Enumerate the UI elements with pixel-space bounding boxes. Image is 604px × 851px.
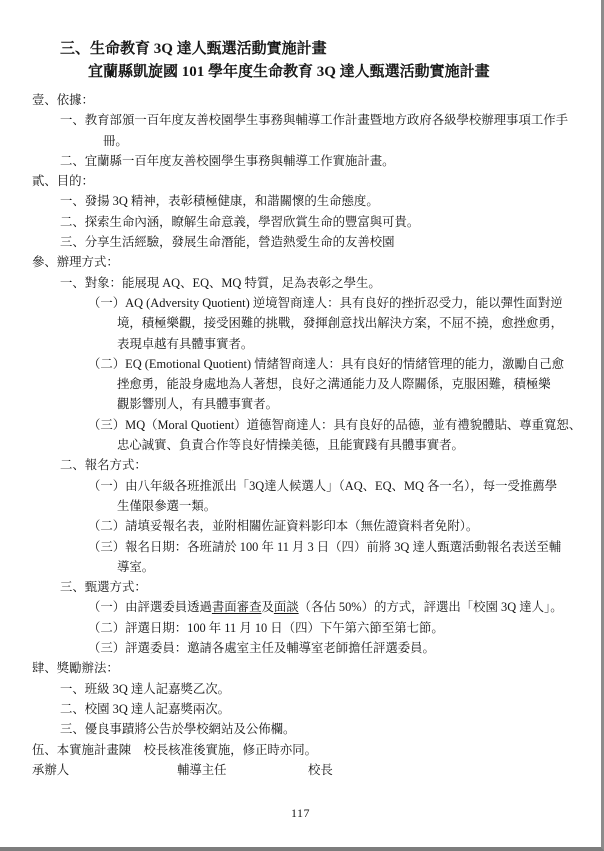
text-segment: 一、對象：能展現 AQ、EQ、MQ 特質，足為表彰之學生。	[60, 276, 381, 290]
text-line: 冊。	[103, 131, 577, 151]
signature-counsel-chief: 輔導主任	[177, 760, 227, 778]
text-line: 表現卓越有具體事實者。	[117, 334, 577, 354]
underlined-text: 書面審查	[212, 600, 262, 614]
text-line: （二）請填妥報名表，並附相關佐証資料影印本（無佐證資料者免附）。	[88, 516, 577, 536]
document-body: 壹、依據：一、教育部頒一百年度友善校園學生事務與輔導工作計畫暨地方政府各級學校辦…	[32, 90, 577, 760]
text-segment: 生僅限參選一類。	[117, 499, 216, 513]
text-line: 三、分享生活經驗，發展生命潛能，營造熱愛生命的友善校園	[60, 232, 577, 252]
text-segment: （一）由評選委員透過	[88, 600, 212, 614]
text-line: （三）MQ（Moral Quotient）道德智商達人：具有良好的品德，並有禮貌…	[88, 415, 577, 435]
text-segment: （三）報名日期：各班請於 100 年 11 月 3 日（四）前將 3Q 達人甄選…	[88, 540, 561, 554]
text-line: 一、對象：能展現 AQ、EQ、MQ 特質，足為表彰之學生。	[60, 273, 577, 293]
text-segment: （一）AQ (Adversity Quotient) 逆境智商達人：具有良好的挫…	[88, 296, 563, 310]
text-line: 三、優良事蹟將公告於學校網站及公佈欄。	[60, 719, 577, 739]
text-line: （一）由評選委員透過書面審查及面談（各佔 50%）的方式，評選出「校園 3Q 達…	[88, 597, 577, 617]
text-line: 肆、獎勵辦法：	[32, 658, 577, 678]
text-segment: 三、甄選方式：	[60, 580, 147, 594]
text-line: （三）評選委員：邀請各處室主任及輔導室老師擔任評選委員。	[88, 638, 577, 658]
signature-undertaker: 承辦人	[32, 760, 69, 778]
signature-principal: 校長	[308, 760, 333, 778]
document-page: 三、生命教育 3Q 達人甄選活動實施計畫 宜蘭縣凱旋國 101 學年度生命教育 …	[0, 0, 604, 851]
text-line: 二、探索生命內涵，瞭解生命意義，學習欣賞生命的豐富與可貴。	[60, 212, 577, 232]
text-segment: 肆、獎勵辦法：	[32, 661, 119, 675]
text-segment: （三）MQ（Moral Quotient）道德智商達人：具有良好的品德，並有禮貌…	[88, 418, 581, 432]
text-line: 挫愈勇，能設身處地為人著想，良好之溝通能力及人際關係，克服困難，積極樂	[117, 374, 577, 394]
page-number: 117	[0, 806, 601, 821]
text-segment: 及	[261, 600, 273, 614]
underlined-text: 面談	[274, 600, 299, 614]
text-segment: 貳、目的：	[32, 174, 94, 188]
text-segment: 參、辦理方式：	[32, 255, 119, 269]
text-line: 三、甄選方式：	[60, 577, 577, 597]
text-segment: （二）EQ (Emotional Quotient) 情緒智商達人：具有良好的情…	[88, 357, 564, 371]
text-segment: 壹、依據：	[32, 93, 94, 107]
text-line: 壹、依據：	[32, 90, 577, 110]
text-segment: （三）評選委員：邀請各處室主任及輔導室老師擔任評選委員。	[88, 641, 435, 655]
text-line: （三）報名日期：各班請於 100 年 11 月 3 日（四）前將 3Q 達人甄選…	[88, 537, 577, 557]
text-line: 生僅限參選一類。	[117, 496, 577, 516]
text-segment: 二、校園 3Q 達人記嘉獎兩次。	[60, 702, 230, 716]
text-segment: （一）由八年級各班推派出「3Q達人候選人」（AQ、EQ、MQ 各一名），每一受推…	[88, 479, 557, 493]
text-segment: 導室。	[117, 560, 154, 574]
text-line: 參、辦理方式：	[32, 252, 577, 272]
text-segment: 一、發揚 3Q 精神，表彰積極健康，和諧關懷的生命態度。	[60, 194, 379, 208]
text-segment: 觀影響別人，有具體事實者。	[117, 397, 278, 411]
text-line: 導室。	[117, 557, 577, 577]
text-segment: 三、優良事蹟將公告於學校網站及公佈欄。	[60, 722, 295, 736]
text-line: （一）AQ (Adversity Quotient) 逆境智商達人：具有良好的挫…	[88, 293, 577, 313]
text-segment: 二、宜蘭縣一百年度友善校園學生事務與輔導工作實施計畫。	[60, 154, 395, 168]
text-segment: 三、分享生活經驗，發展生命潛能，營造熱愛生命的友善校園	[60, 235, 395, 249]
text-segment: 忠心誠實、負責合作等良好情操美德，且能實踐有具體事實者。	[117, 438, 464, 452]
document-content: 三、生命教育 3Q 達人甄選活動實施計畫 宜蘭縣凱旋國 101 學年度生命教育 …	[0, 0, 601, 780]
doc-subtitle: 宜蘭縣凱旋國 101 學年度生命教育 3Q 達人甄選活動實施計畫	[88, 61, 577, 84]
text-line: 觀影響別人，有具體事實者。	[117, 394, 577, 414]
text-line: 一、發揚 3Q 精神，表彰積極健康，和諧關懷的生命態度。	[60, 191, 577, 211]
text-line: 二、報名方式：	[60, 455, 577, 475]
text-line: （二）EQ (Emotional Quotient) 情緒智商達人：具有良好的情…	[88, 354, 577, 374]
text-line: 忠心誠實、負責合作等良好情操美德，且能實踐有具體事實者。	[117, 435, 577, 455]
text-segment: 一、教育部頒一百年度友善校園學生事務與輔導工作計畫暨地方政府各級學校辦理事項工作…	[60, 113, 568, 127]
text-segment: 冊。	[103, 134, 128, 148]
text-segment: 表現卓越有具體事實者。	[117, 337, 253, 351]
text-segment: （二）評選日期：100 年 11 月 10 日（四）下午第六節至第七節。	[88, 621, 444, 635]
text-segment: （二）請填妥報名表，並附相關佐証資料影印本（無佐證資料者免附）。	[88, 519, 478, 533]
text-line: 境，積極樂觀，接受困難的挑戰，發揮創意找出解決方案，不屈不撓，愈挫愈勇，	[117, 313, 577, 333]
text-line: 一、教育部頒一百年度友善校園學生事務與輔導工作計畫暨地方政府各級學校辦理事項工作…	[60, 110, 577, 130]
text-line: 伍、本實施計畫陳 校長核准後實施，修正時亦同。	[32, 740, 577, 760]
text-line: 一、班級 3Q 達人記嘉獎乙次。	[60, 679, 577, 699]
text-line: 二、校園 3Q 達人記嘉獎兩次。	[60, 699, 577, 719]
text-segment: 二、探索生命內涵，瞭解生命意義，學習欣賞生命的豐富與可貴。	[60, 215, 419, 229]
text-line: （二）評選日期：100 年 11 月 10 日（四）下午第六節至第七節。	[88, 618, 577, 638]
text-segment: 挫愈勇，能設身處地為人著想，良好之溝通能力及人際關係，克服困難，積極樂	[117, 377, 551, 391]
text-segment: （各佔 50%）的方式，評選出「校園 3Q 達人」。	[299, 600, 563, 614]
text-segment: 境，積極樂觀，接受困難的挑戰，發揮創意找出解決方案，不屈不撓，愈挫愈勇，	[117, 316, 563, 330]
signature-row: 承辦人 輔導主任 校長	[32, 760, 577, 780]
text-line: （一）由八年級各班推派出「3Q達人候選人」（AQ、EQ、MQ 各一名），每一受推…	[88, 476, 577, 496]
text-line: 貳、目的：	[32, 171, 577, 191]
text-line: 二、宜蘭縣一百年度友善校園學生事務與輔導工作實施計畫。	[60, 151, 577, 171]
doc-title: 三、生命教育 3Q 達人甄選活動實施計畫	[60, 38, 577, 61]
text-segment: 二、報名方式：	[60, 458, 147, 472]
text-segment: 伍、本實施計畫陳 校長核准後實施，修正時亦同。	[32, 743, 317, 757]
text-segment: 一、班級 3Q 達人記嘉獎乙次。	[60, 682, 230, 696]
